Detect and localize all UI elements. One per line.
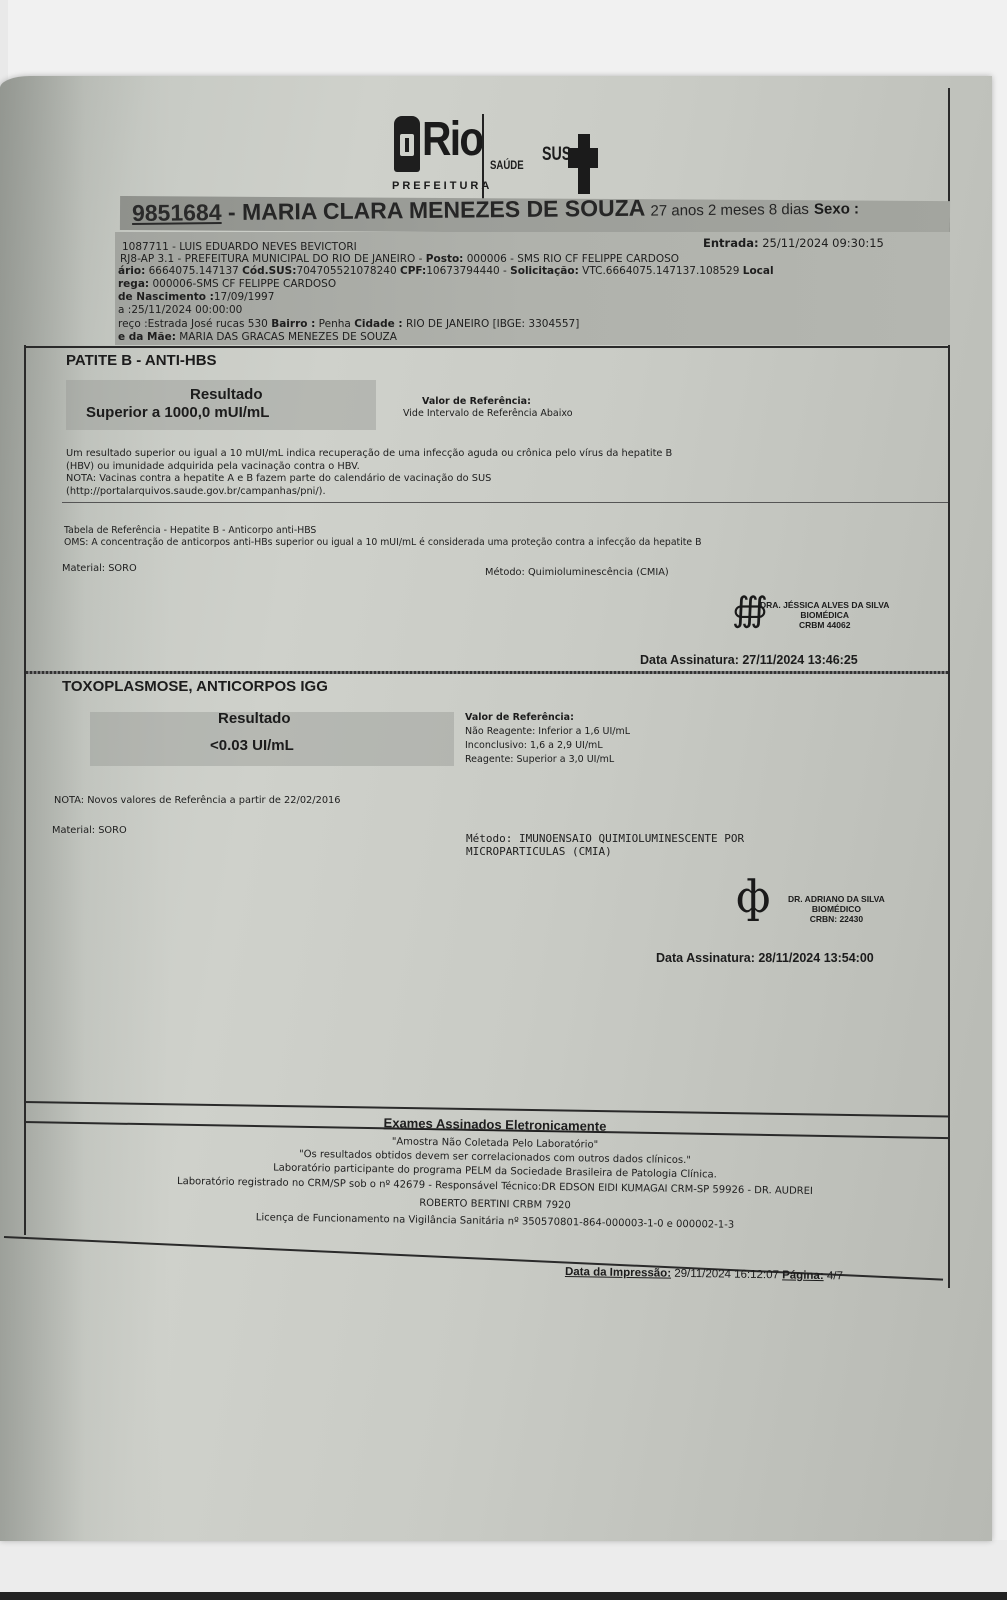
logo-prefeitura-text: PREFEITURA: [392, 180, 492, 192]
patient-age: 27 anos 2 meses 8 dias: [650, 201, 809, 220]
result-value-hbs: Superior a 1000,0 mUI/mL: [86, 404, 269, 421]
reference-line-toxo: Reagente: Superior a 3,0 UI/mL: [465, 754, 614, 765]
reference-line-toxo: Não Reagente: Inferior a 1,6 UI/mL: [465, 726, 630, 737]
page-number: 4/7: [827, 1270, 843, 1282]
reference-title-hbs: Valor de Referência:: [422, 396, 531, 407]
unit-line: RJ8-AP 3.1 - PREFEITURA MUNICIPAL DO RIO…: [120, 253, 679, 265]
note-line-hbs: NOTA: Vacinas contra a hepatite A e B fa…: [66, 473, 491, 484]
city-crest-icon: [394, 116, 420, 172]
signature-date-hbs: Data Assinatura: 27/11/2024 13:46:25: [640, 653, 858, 667]
prefeitura-rio-logo: Rio PREFEITURA SAÚDE SUS: [392, 110, 612, 202]
background-surface: [0, 1540, 1007, 1596]
logo-divider: [482, 114, 484, 200]
reference-table-oms: OMS: A concentração de anticorpos anti-H…: [64, 537, 701, 548]
reference-line-hbs: Vide Intervalo de Referência Abaixo: [403, 408, 573, 419]
record-line: ário: 6664075.147137 Cód.SUS:70470552107…: [118, 265, 774, 277]
note-line-hbs: (HBV) ou imunidade adquirida pela vacina…: [66, 461, 360, 472]
signer-toxo: DR. ADRIANO DA SILVA BIOMÉDICO CRBN: 224…: [788, 894, 885, 924]
collection-date-line: a :25/11/2024 00:00:00: [118, 304, 242, 316]
reference-table-title: Tabela de Referência - Hepatite B - Anti…: [64, 525, 316, 536]
requesting-doctor: 1087711 - LUIS EDUARDO NEVES BEVICTORI: [122, 241, 357, 253]
logo-saude-text: SAÚDE: [490, 158, 524, 172]
signature-icon: ф: [736, 872, 770, 923]
method-toxo-line: Método: IMUNOENSAIO QUIMIOLUMINESCENTE P…: [466, 832, 744, 845]
birth-date-line: de Nascimento :17/09/1997: [118, 291, 274, 303]
patient-id: 9851684: [132, 199, 222, 226]
result-label-toxo: Resultado: [218, 710, 291, 727]
result-label-hbs: Resultado: [190, 386, 263, 403]
address-line: reço :Estrada José rucas 530 Bairro : Pe…: [118, 318, 579, 330]
vaccine-link[interactable]: (http://portalarquivos.saude.gov.br/camp…: [66, 486, 326, 497]
sus-cross-icon-bar: [568, 148, 598, 168]
note-toxo: NOTA: Novos valores de Referência a part…: [54, 795, 341, 806]
logo-rio-text: Rio: [422, 112, 483, 167]
method-hbs: Método: Quimioluminescência (CMIA): [485, 567, 669, 578]
logo-sus-text: SUS: [542, 144, 571, 166]
exam-title-toxo: TOXOPLASMOSE, ANTICORPOS IGG: [62, 678, 328, 695]
result-value-toxo: <0.03 UI/mL: [210, 737, 294, 754]
signer-hbs: DRA. JÉSSICA ALVES DA SILVA BIOMÉDICA CR…: [760, 600, 889, 630]
patient-name: MARIA CLARA MENEZES DE SOUZA: [242, 195, 646, 225]
patient-sex-label: Sexo :: [814, 200, 859, 217]
header-divider: [26, 346, 950, 348]
signature-date-toxo: Data Assinatura: 28/11/2024 13:54:00: [656, 951, 874, 965]
method-toxo-line: MICROPARTICULAS (CMIA): [466, 845, 612, 858]
page-number-label: Página:: [782, 1269, 824, 1282]
mother-name-line: e da Mãe: MARIA DAS GRACAS MENEZES DE SO…: [118, 331, 397, 343]
entry-date: Entrada: 25/11/2024 09:30:15: [703, 236, 884, 250]
notes-divider: [62, 502, 948, 503]
note-line-hbs: Um resultado superior ou igual a 10 mUI/…: [66, 448, 672, 459]
reference-title-toxo: Valor de Referência:: [465, 712, 574, 723]
section-divider: [26, 671, 948, 674]
background-edge: [0, 1592, 1007, 1600]
material-toxo: Material: SORO: [52, 825, 127, 836]
reference-line-toxo: Inconclusivo: 1,6 a 2,9 UI/mL: [465, 740, 603, 751]
exam-title-hbs: PATITE B - ANTI-HBS: [66, 352, 217, 369]
delivery-line: rega: 000006-SMS CF FELIPPE CARDOSO: [118, 278, 336, 290]
material-hbs: Material: SORO: [62, 563, 137, 574]
